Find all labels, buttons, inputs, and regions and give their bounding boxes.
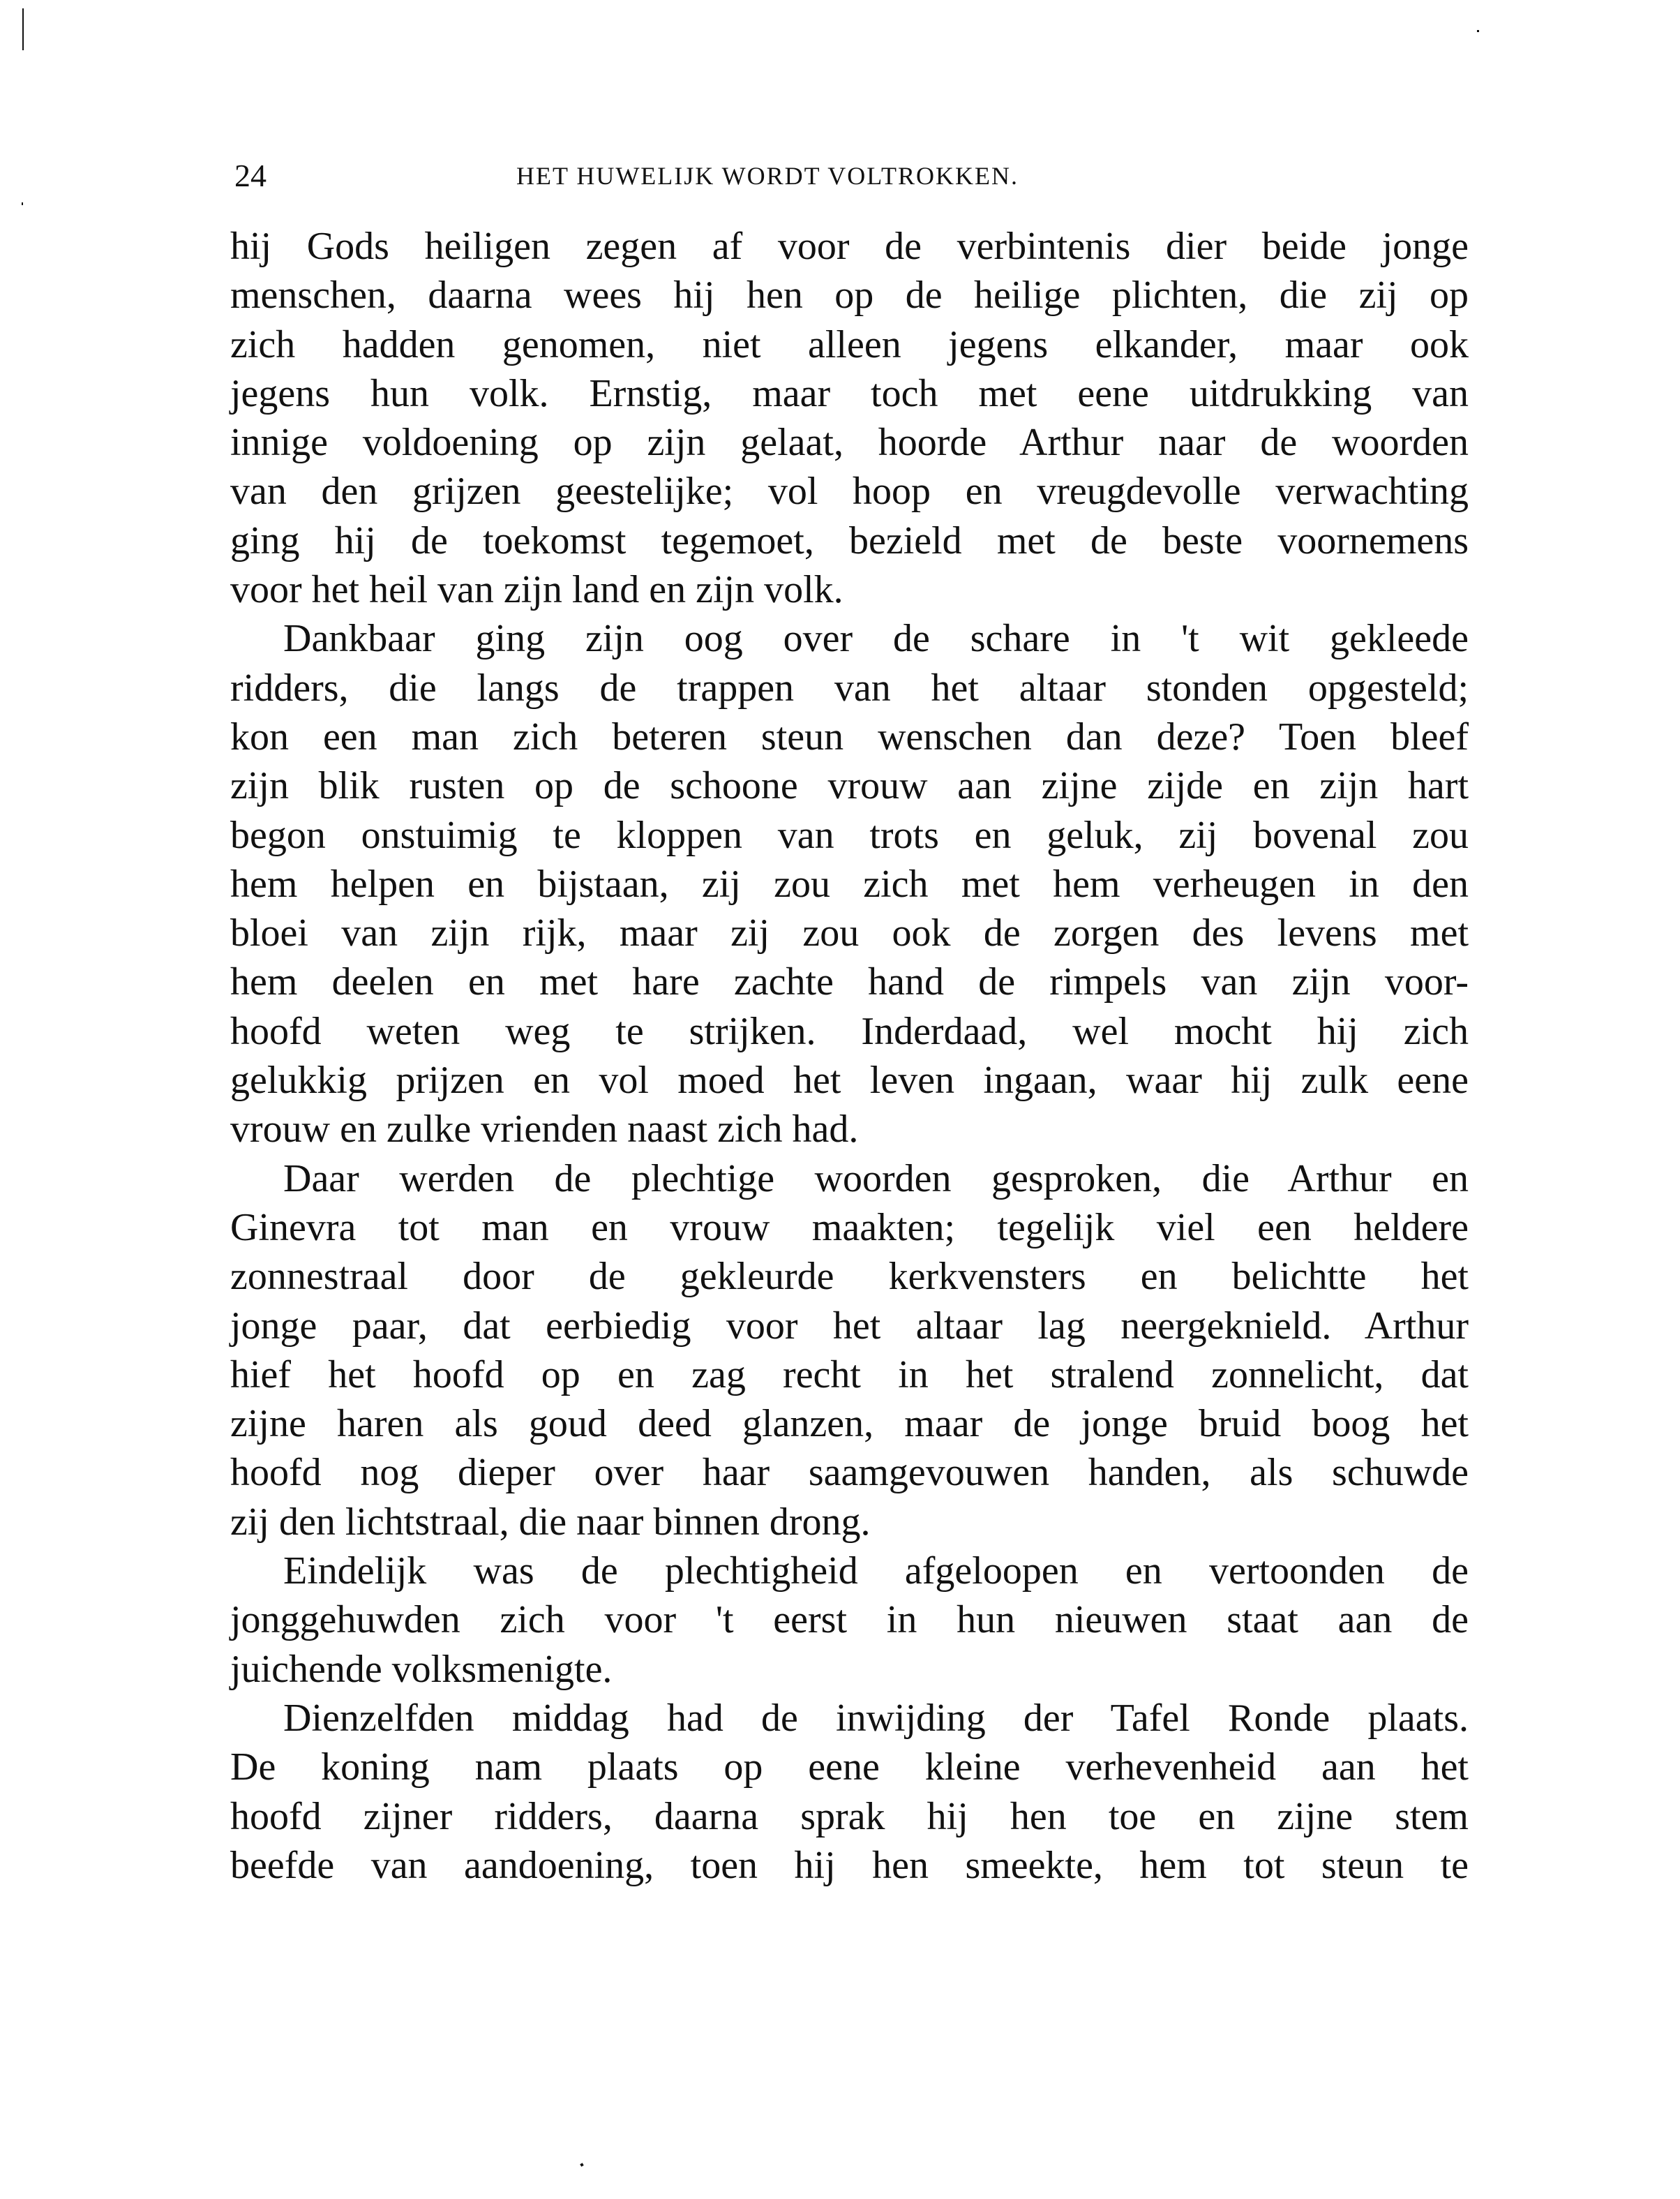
- text-line: hoofd zijner ridders, daarna sprak hij h…: [230, 1792, 1469, 1841]
- text-line: kon een man zich beteren steun wenschen …: [230, 713, 1469, 761]
- text-line: hoofd nog dieper over haar saamgevouwen …: [230, 1448, 1469, 1497]
- text-line: hij Gods heiligen zegen af voor de verbi…: [230, 222, 1469, 271]
- scan-edge-mark-bottom: [580, 2163, 583, 2166]
- text-line: gelukkig prijzen en vol moed het leven i…: [230, 1056, 1469, 1105]
- text-line-paragraph-end: vrouw en zulke vrienden naast zich had.: [230, 1105, 1469, 1154]
- text-line: hem deelen en met hare zachte hand de ri…: [230, 957, 1469, 1006]
- scan-edge-mark-left-lower: [22, 202, 23, 205]
- text-line-paragraph-start: Daar werden de plechtige woorden gesprok…: [230, 1154, 1469, 1203]
- text-line: ridders, die langs de trappen van het al…: [230, 664, 1469, 713]
- text-line-paragraph-start: Eindelijk was de plechtigheid afgeloopen…: [230, 1546, 1469, 1595]
- text-line-paragraph-end: zij den lichtstraal, die naar binnen dro…: [230, 1498, 1469, 1546]
- text-line: zich hadden genomen, niet alleen jegens …: [230, 320, 1469, 369]
- scan-edge-mark-top-right: [1477, 30, 1479, 32]
- text-line: van den grijzen geestelijke; vol hoop en…: [230, 467, 1469, 516]
- text-line: innige voldoening op zijn gelaat, hoorde…: [230, 418, 1469, 467]
- scan-edge-mark-left: [22, 8, 24, 50]
- text-line: jonge paar, dat eerbiedig voor het altaa…: [230, 1302, 1469, 1350]
- text-line: menschen, daarna wees hij hen op de heil…: [230, 271, 1469, 320]
- text-line: jegens hun volk. Ernstig, maar toch met …: [230, 369, 1469, 418]
- running-title: HET HUWELIJK WORDT VOLTROKKEN.: [516, 155, 1019, 197]
- text-line: hief het hoofd op en zag recht in het st…: [230, 1350, 1469, 1399]
- text-line-paragraph-end: voor het heil van zijn land en zijn volk…: [230, 565, 1469, 614]
- text-line: hem helpen en bijstaan, zij zou zich met…: [230, 860, 1469, 909]
- text-line: zonnestraal door de gekleurde kerkvenste…: [230, 1252, 1469, 1301]
- text-line: ging hij de toekomst tegemoet, bezield m…: [230, 516, 1469, 565]
- text-line: zijne haren als goud deed glanzen, maar …: [230, 1399, 1469, 1448]
- text-line: Ginevra tot man en vrouw maakten; tegeli…: [230, 1203, 1469, 1252]
- body-text: hij Gods heiligen zegen af voor de verbi…: [230, 222, 1469, 1890]
- text-line: hoofd weten weg te strijken. Inderdaad, …: [230, 1007, 1469, 1056]
- page-header: 24 HET HUWELIJK WORDT VOLTROKKEN.: [230, 155, 1469, 197]
- text-line: De koning nam plaats op eene kleine verh…: [230, 1743, 1469, 1791]
- text-line: jonggehuwden zich voor 't eerst in hun n…: [230, 1595, 1469, 1644]
- text-line-paragraph-start: Dankbaar ging zijn oog over de schare in…: [230, 614, 1469, 663]
- text-line: begon onstuimig te kloppen van trots en …: [230, 811, 1469, 860]
- text-line: zijn blik rusten op de schoone vrouw aan…: [230, 761, 1469, 810]
- text-line: bloei van zijn rijk, maar zij zou ook de…: [230, 909, 1469, 957]
- page-number: 24: [234, 155, 267, 197]
- text-line: beefde van aandoening, toen hij hen smee…: [230, 1841, 1469, 1890]
- text-line-paragraph-end: juichende volksmenigte.: [230, 1645, 1469, 1694]
- text-line-paragraph-start: Dienzelfden middag had de inwijding der …: [230, 1694, 1469, 1743]
